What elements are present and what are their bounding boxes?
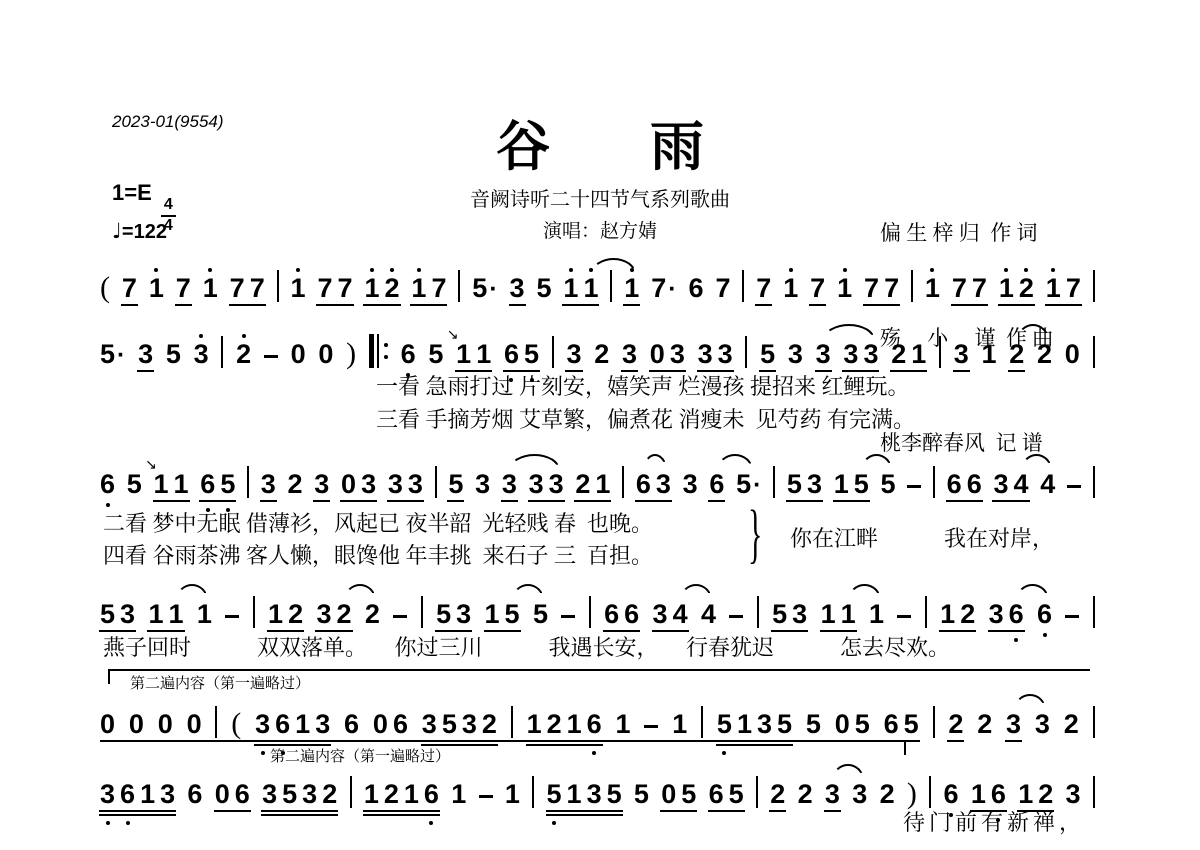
note-number: 1	[911, 339, 926, 369]
note-number: 3	[566, 339, 581, 369]
note: 7·	[651, 275, 676, 302]
note: 2	[575, 471, 590, 498]
note: 6	[401, 341, 416, 368]
note-number: 2	[1038, 779, 1053, 809]
tie-arc	[1017, 324, 1049, 340]
note: 7	[884, 275, 899, 302]
note-number: 1	[821, 599, 836, 629]
beam-group: 12	[1018, 781, 1053, 808]
barline	[247, 466, 249, 498]
note-number: 7	[810, 273, 825, 303]
note-number: 5	[127, 469, 142, 499]
lyrics-duet-phrase: 你在江畔 我在对岸，	[790, 522, 1054, 553]
beam-group: 3532	[262, 781, 337, 808]
note-number: 5	[681, 779, 696, 809]
note: 5	[880, 471, 895, 498]
note: 1	[411, 275, 426, 302]
note: 1	[737, 711, 752, 738]
tie-arc	[591, 258, 636, 274]
barline	[1093, 466, 1095, 498]
note-number: 4	[673, 599, 688, 629]
tempo-marking: ♩=122	[112, 219, 167, 244]
note: 1	[567, 781, 582, 808]
note: 5	[634, 781, 649, 808]
note: 3	[718, 341, 733, 368]
note: 1	[291, 275, 306, 302]
note-number: 5	[100, 599, 115, 629]
note: 2	[977, 711, 992, 738]
note-number: 6	[947, 469, 962, 499]
note: 7	[317, 275, 332, 302]
note-number: 2	[384, 273, 399, 303]
note: 6	[393, 711, 408, 738]
note: 3	[653, 601, 668, 628]
note: 1	[583, 275, 598, 302]
octave-dot-above	[154, 268, 158, 272]
note-number: 5	[220, 469, 235, 499]
note-number: 6	[235, 779, 250, 809]
note: 1	[672, 711, 687, 738]
note: 5	[536, 275, 551, 302]
note-number: 6	[401, 339, 416, 369]
note-number: 4	[1013, 469, 1028, 499]
beam-group: 03	[341, 471, 376, 498]
beam-group: 77	[230, 275, 265, 302]
note: 0	[158, 711, 173, 738]
note-number: 3	[718, 339, 733, 369]
note: 5	[760, 341, 775, 368]
note-number: 1	[616, 709, 631, 739]
note: 0	[1065, 341, 1080, 368]
tie-arc	[176, 584, 208, 600]
note: 3	[757, 711, 772, 738]
note-number: 1	[505, 779, 520, 809]
note: 1	[616, 711, 631, 738]
note: 1	[567, 711, 582, 738]
tie-arc	[643, 454, 667, 470]
note: 1	[527, 711, 542, 738]
note-number: 3	[852, 779, 867, 809]
note: 5	[855, 711, 870, 738]
note: 3	[502, 471, 517, 498]
note: 0	[100, 711, 115, 738]
note-number: 3	[510, 273, 525, 303]
note: 5	[904, 711, 919, 738]
note: 2	[337, 601, 352, 628]
note: 1	[925, 275, 940, 302]
note-number: 3	[825, 779, 840, 809]
note: 3	[120, 601, 135, 628]
note: 1	[364, 781, 379, 808]
note: 5	[547, 781, 562, 808]
note-number: 1	[148, 599, 163, 629]
note: 5	[729, 781, 744, 808]
octave-dot-below	[261, 751, 265, 755]
beam-group: 5135	[717, 711, 792, 738]
duration-dash	[225, 615, 239, 618]
note: 3	[255, 711, 270, 738]
beam-group: 05	[661, 781, 696, 808]
note-number: 3	[388, 469, 403, 499]
note-number: 1	[197, 599, 212, 629]
note-number: 1	[203, 273, 218, 303]
note-number: 2	[594, 339, 609, 369]
note: 4	[673, 601, 688, 628]
note: 6	[947, 471, 962, 498]
barline	[622, 466, 624, 498]
note: 5	[777, 711, 792, 738]
note-number: 5	[100, 339, 115, 369]
duration-dash	[907, 485, 921, 488]
note-number: 5	[787, 469, 802, 499]
beam-group: 1216	[527, 711, 602, 738]
note-number: 3	[502, 469, 517, 499]
barline	[1093, 270, 1095, 302]
note: 1	[203, 275, 218, 302]
note: 2	[594, 341, 609, 368]
note: 2	[547, 711, 562, 738]
note-number: 3	[120, 599, 135, 629]
note-number: 3	[422, 709, 437, 739]
beam-group: 33	[388, 471, 423, 498]
note: 5·	[100, 341, 125, 368]
note-number: 0	[318, 339, 333, 369]
tie-arc	[832, 764, 863, 780]
note-number: 3	[954, 339, 969, 369]
note: 3	[138, 341, 153, 368]
note-number: 3	[1066, 779, 1081, 809]
barline	[350, 776, 352, 808]
note: 3	[807, 471, 822, 498]
note: 1	[295, 711, 310, 738]
note: 3	[261, 471, 276, 498]
barline	[253, 596, 255, 628]
note-number: 2	[977, 709, 992, 739]
barline	[1093, 776, 1095, 808]
note-number: 6	[689, 273, 704, 303]
note: 3	[361, 471, 376, 498]
note: 3	[314, 471, 329, 498]
note: 2	[384, 781, 399, 808]
note-number: 2	[1009, 339, 1024, 369]
note-number: 3	[160, 779, 175, 809]
beam-group: 66	[604, 601, 639, 628]
note-number: 1	[583, 273, 598, 303]
barline	[1093, 596, 1095, 628]
barline	[911, 270, 913, 302]
beam-group: 53	[436, 601, 471, 628]
barline	[215, 706, 217, 738]
note-number: 7	[1066, 273, 1081, 303]
note: 2	[880, 781, 895, 808]
repeat-dot	[384, 355, 388, 359]
note-number: 6	[100, 469, 115, 499]
second-pass-bracket-2	[100, 740, 906, 742]
note: 3	[863, 341, 878, 368]
note-number: 2	[960, 599, 975, 629]
note: 2	[1009, 341, 1024, 368]
note: 3	[1006, 711, 1021, 738]
note-number: 3	[255, 709, 270, 739]
note: 3	[622, 341, 637, 368]
note-number: 6	[587, 709, 602, 739]
beam-group: 12	[999, 275, 1034, 302]
note-number: 0	[373, 709, 388, 739]
barline	[458, 270, 460, 302]
note-number: 3	[653, 599, 668, 629]
note-number: 5	[634, 779, 649, 809]
note-number: 1	[451, 779, 466, 809]
second-pass-label-2: 第二遍内容（第一遍略过）	[270, 745, 450, 766]
beam-group: 12	[268, 601, 303, 628]
note-number: 6	[120, 779, 135, 809]
beam-group: 65	[504, 341, 539, 368]
note: 5	[717, 711, 732, 738]
note-number: 2	[1037, 339, 1052, 369]
beam-group: 53	[772, 601, 807, 628]
note: 6	[187, 781, 202, 808]
octave-dot-below	[592, 751, 596, 755]
octave-dot-above	[390, 268, 394, 272]
beam-group: 15	[834, 471, 869, 498]
barline	[221, 336, 223, 368]
note-number: 5	[772, 599, 787, 629]
note: 2	[236, 341, 251, 368]
note-number: 5	[880, 469, 895, 499]
octave-dot-above	[843, 268, 847, 272]
repeat-thin-bar	[377, 334, 379, 368]
note: 7	[864, 275, 879, 302]
note: 7	[230, 275, 245, 302]
note: 6	[424, 781, 439, 808]
note-number: 5	[533, 599, 548, 629]
tie-arc	[512, 584, 544, 600]
note: 3	[302, 781, 317, 808]
note: 3	[993, 471, 1008, 498]
barline	[939, 336, 941, 368]
octave-dot-below	[1014, 638, 1018, 642]
note-number: 5	[536, 273, 551, 303]
note-number: 6	[636, 469, 651, 499]
note-number: 0	[291, 339, 306, 369]
note: 6	[967, 471, 982, 498]
note-number: 1	[563, 273, 578, 303]
beam-group: 05	[835, 711, 870, 738]
barline	[1093, 336, 1095, 368]
note-number: 7	[972, 273, 987, 303]
note: 5	[806, 711, 821, 738]
note-number: 1	[149, 273, 164, 303]
note: 1	[476, 341, 491, 368]
note: 1	[148, 601, 163, 628]
note-number: 4	[701, 599, 716, 629]
note-number: 1	[291, 273, 306, 303]
note: 5	[282, 781, 297, 808]
beam-group: 34	[993, 471, 1028, 498]
note: 3	[549, 471, 564, 498]
note-number: 1	[404, 779, 419, 809]
note-number: 2	[322, 779, 337, 809]
note-number: 1	[154, 469, 169, 499]
note: 2	[322, 781, 337, 808]
score-system-5: 0000(3613606353212161151355056522332	[100, 692, 1095, 738]
tie-arc	[1014, 694, 1047, 710]
note-number: 3	[261, 469, 276, 499]
note: 5	[787, 471, 802, 498]
beam-group: 3613	[255, 711, 330, 738]
note: 0	[341, 471, 356, 498]
note: 3	[475, 471, 490, 498]
beam-group: 1216	[364, 781, 439, 808]
octave-dot-above	[199, 334, 203, 338]
beam-group: 77	[317, 275, 352, 302]
duration-dash	[393, 615, 407, 618]
tie-arc	[848, 584, 880, 600]
octave-dot-above	[789, 268, 793, 272]
note-number: 2	[948, 709, 963, 739]
barline	[742, 270, 744, 302]
octave-dot-above	[208, 268, 212, 272]
note-number: 7	[431, 273, 446, 303]
note: 1	[821, 601, 836, 628]
note-number: 2	[547, 709, 562, 739]
note-number: 1	[527, 709, 542, 739]
augmentation-dot: ·	[668, 275, 676, 303]
note: 1	[999, 275, 1014, 302]
note-number: 1	[672, 709, 687, 739]
note-number: 1	[140, 779, 155, 809]
note-number: 2	[770, 779, 785, 809]
note-number: 6	[200, 469, 215, 499]
beam-group: 06	[215, 781, 250, 808]
note: 3	[315, 711, 330, 738]
note-number: 4	[1040, 469, 1055, 499]
note-number: 2	[384, 779, 399, 809]
note-number: 6	[967, 469, 982, 499]
note: 0	[650, 341, 665, 368]
note-number: 3	[316, 599, 331, 629]
note-number: 5	[855, 709, 870, 739]
note-number: 1	[268, 599, 283, 629]
note-number: 3	[315, 709, 330, 739]
tie-arc	[861, 454, 892, 470]
duration-dash	[479, 795, 493, 798]
barline	[701, 706, 703, 738]
note: 5	[100, 601, 115, 628]
note-number: 2	[365, 599, 380, 629]
note: 1	[982, 341, 997, 368]
note-number: 6	[393, 709, 408, 739]
note-number: 6	[709, 779, 724, 809]
note-number: 1	[411, 273, 426, 303]
note: 3	[529, 471, 544, 498]
barline	[1093, 706, 1095, 738]
note-number: 0	[1065, 339, 1080, 369]
note: 2	[891, 341, 906, 368]
note-number: 0	[661, 779, 676, 809]
beam-group: 32	[316, 601, 351, 628]
beam-group: 3613	[100, 781, 175, 808]
note-number: 7	[651, 273, 666, 303]
barline	[532, 776, 534, 808]
beam-group: 33	[529, 471, 564, 498]
note-number: 1	[783, 273, 798, 303]
barline	[435, 466, 437, 498]
beam-group: 65	[884, 711, 919, 738]
note-number: 3	[587, 779, 602, 809]
beam-group: 77	[952, 275, 987, 302]
second-pass-bracket-1	[108, 669, 1090, 671]
barline	[929, 776, 931, 808]
note-number: 3	[863, 339, 878, 369]
lyrics-verse1-line1: 一看 急雨打过 片刻安，嬉笑声 烂漫孩 提招来 红鲤玩。	[376, 370, 910, 401]
lyrics-ending-phrase: 待门前有新禅，	[903, 806, 1085, 837]
note-number: 2	[288, 599, 303, 629]
note-number: 1	[834, 469, 849, 499]
close-paren: )	[907, 779, 917, 809]
octave-dot-below	[126, 821, 130, 825]
note: 3	[587, 781, 602, 808]
tie-arc	[1016, 584, 1048, 600]
score-system-3: 65↘11653230333533332163365·5315566344	[100, 452, 1095, 498]
note: 2	[948, 711, 963, 738]
note-number: 3	[302, 779, 317, 809]
note: 3	[656, 471, 671, 498]
lyrics-chorus-line: 燕子回时 双双落单。 你过三川 我遇长安， 行春犹迟 怎去尽欢。	[103, 631, 950, 662]
note-number: 1	[841, 599, 856, 629]
note-number: 0	[341, 469, 356, 499]
note-number: 3	[656, 469, 671, 499]
note: 6	[884, 711, 899, 738]
note: 3	[456, 601, 471, 628]
note-number: 3	[456, 599, 471, 629]
note: 7	[1066, 275, 1081, 302]
note-number: 1	[364, 273, 379, 303]
note: 3	[194, 341, 209, 368]
note: 6	[689, 275, 704, 302]
note: 5	[442, 711, 457, 738]
octave-dot-above	[589, 268, 593, 272]
note: 4	[1040, 471, 1055, 498]
note: 6	[100, 471, 115, 498]
note-number: 7	[176, 273, 191, 303]
tie-arc	[344, 584, 376, 600]
note-number: 6	[991, 779, 1006, 809]
augmentation-dot: ·	[753, 471, 761, 499]
note: 3	[160, 781, 175, 808]
beam-group: 33	[698, 341, 733, 368]
note: 0	[215, 781, 230, 808]
note-number: 7	[122, 273, 137, 303]
note: 1	[911, 341, 926, 368]
note: 1	[140, 781, 155, 808]
octave-dot-above	[370, 268, 374, 272]
repeat-dots	[384, 343, 388, 359]
tie-arc	[717, 454, 753, 470]
note-number: 1	[624, 273, 639, 303]
octave-dot-above	[930, 268, 934, 272]
note-number: 3	[314, 469, 329, 499]
duration-dash	[897, 615, 911, 618]
beam-group: 11	[148, 601, 183, 628]
note: 2	[1019, 275, 1034, 302]
note: 2	[960, 601, 975, 628]
note: 2	[770, 781, 785, 808]
note-number: 2	[891, 339, 906, 369]
octave-dot-below	[429, 821, 433, 825]
note-number: 7	[250, 273, 265, 303]
note-number: 1	[971, 779, 986, 809]
